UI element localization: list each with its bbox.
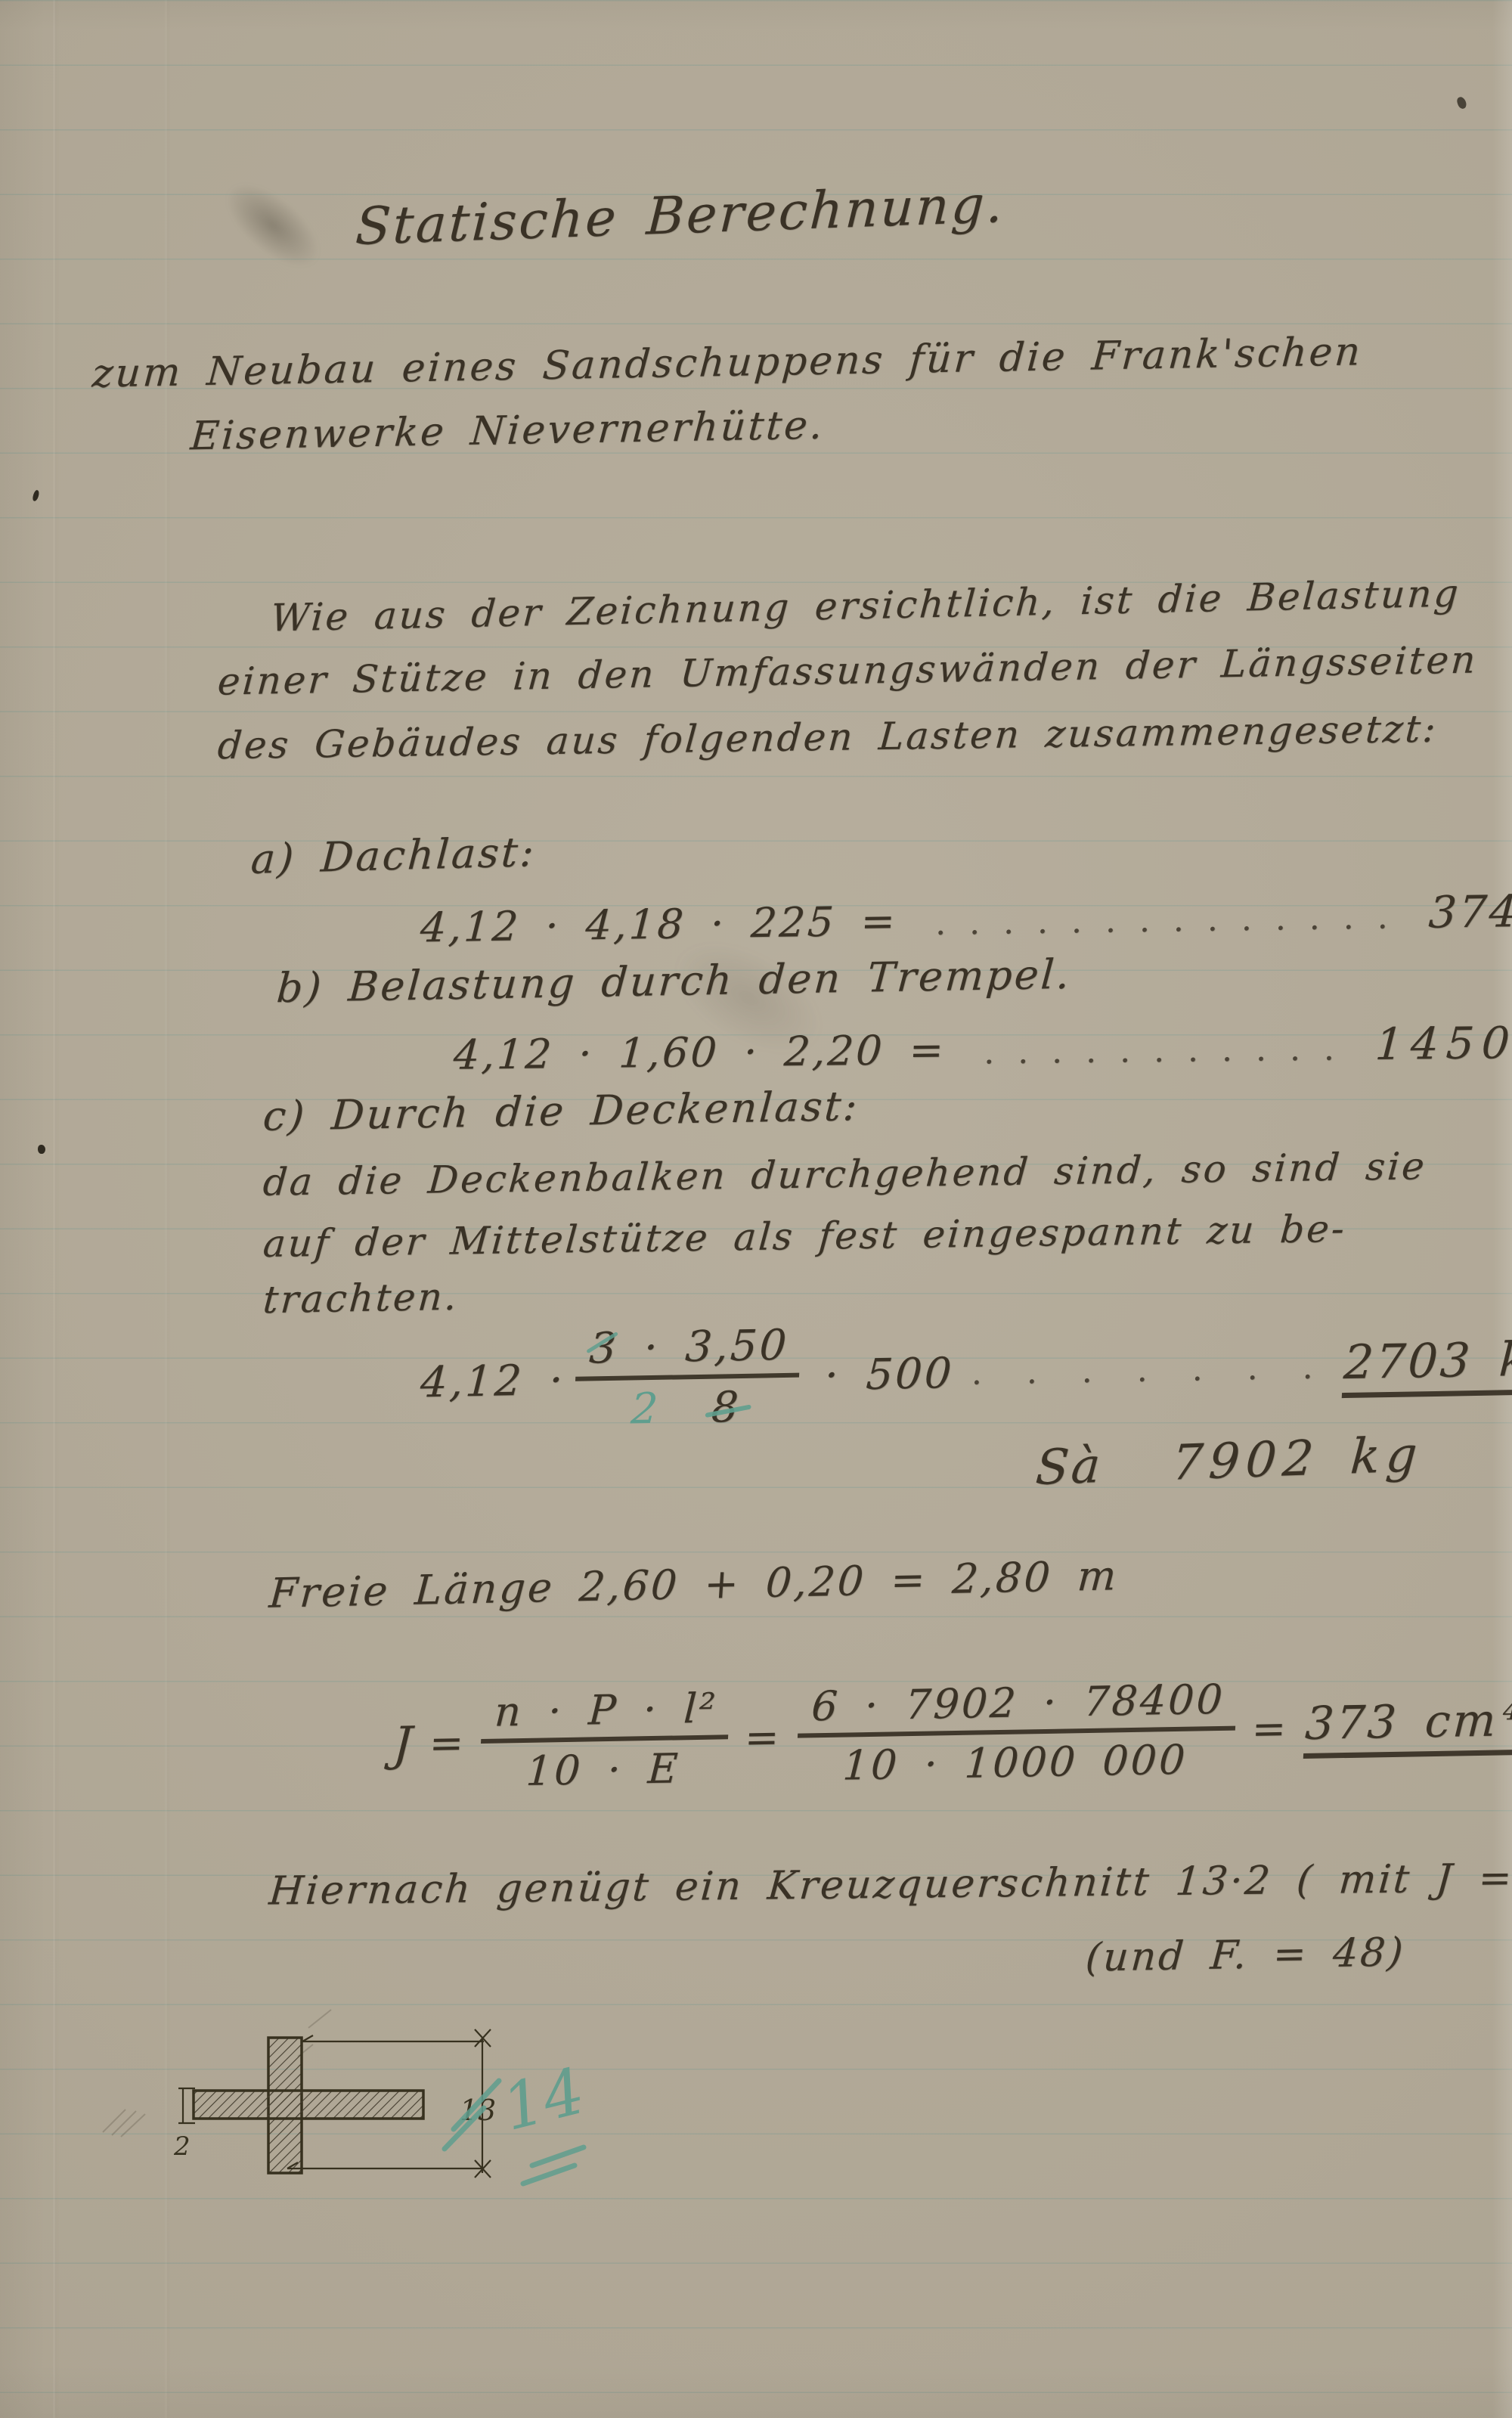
equals-sign: = (428, 1719, 467, 1767)
item-b-result: 1450 „ (1374, 1016, 1512, 1070)
ink-speck (1456, 96, 1468, 110)
free-length-line: Freie Länge 2,60 + 0,20 = 2,80 m (268, 1552, 1120, 1617)
item-a-result: 3749 kg. (1427, 884, 1512, 938)
ink-speck (38, 1145, 45, 1154)
fraction-numerator: 6 · 7902 · 78400 (798, 1675, 1238, 1738)
item-c-factor: 4,12 · (419, 1356, 566, 1407)
ink-speck (32, 489, 40, 501)
denominator-struck: 8 (710, 1383, 742, 1433)
result-exponent: 4 (1502, 1695, 1512, 1725)
item-c-calculation: 4,12 · 3 · 3,50 2 8 · 500 . . . . . . . … (417, 1307, 1512, 1438)
item-b-calculation: 4,12 · 1,60 · 2,20 = . . . . . . . . . .… (452, 1016, 1512, 1080)
intro-line-2: einer Stütze in den Umfassungswänden der… (216, 637, 1479, 703)
item-a-heading: a) Dachlast: (249, 828, 538, 883)
paper-crease (53, 0, 55, 2418)
item-c-fraction: 3 · 3,50 2 8 (573, 1321, 802, 1435)
formula-lhs: J (392, 1716, 416, 1772)
leader-dots: . . . . . . . . . . . (983, 1030, 1337, 1072)
item-c-note-3: trachten. (262, 1275, 460, 1322)
fraction-denominator: 10 · 1000 000 (795, 1731, 1235, 1790)
symbolic-fraction: n · P · l² 10 · E (478, 1684, 730, 1796)
cross-section-shape (194, 2038, 423, 2173)
numeric-fraction: 6 · 7902 · 78400 10 · 1000 000 (795, 1675, 1238, 1790)
result-value: 373 cm (1304, 1694, 1500, 1750)
page-title: Statische Berechnung. (354, 175, 1006, 257)
item-c-note-2: auf der Mittelstütze als fest eingespann… (262, 1207, 1348, 1266)
formula-result: 373 cm4 (1303, 1693, 1512, 1758)
conclusion-line-1: Hiernach genügt ein Kreuzquerschnitt 13·… (268, 1854, 1512, 1914)
fraction-denominator: 10 · E (478, 1739, 728, 1796)
item-a-calculation: 4,12 · 4,18 · 225 = . . . . . . . . . . … (419, 884, 1512, 953)
equals-sign: = (1250, 1704, 1290, 1753)
moment-formula: J = n · P · l² 10 · E = 6 · 7902 · 78400… (390, 1670, 1512, 1797)
conclusion-line-2: (und F. = 48) (1084, 1930, 1407, 1980)
cross-section-sketch: 2 13 14 (82, 1975, 626, 2209)
sketch-dim-height-old: 13 (460, 2094, 496, 2127)
item-c-multiplier: · 500 (823, 1349, 955, 1400)
item-b-expression: 4,12 · 1,60 · 2,20 = (452, 1026, 947, 1079)
item-c-result: 2703 kg. (1342, 1331, 1512, 1399)
item-b-heading: b) Belastung durch den Trempel. (275, 950, 1074, 1012)
leader-dots: . . . . . . . . . . . . . . (934, 897, 1390, 942)
fraction-numerator: 3 · 3,50 (575, 1321, 802, 1381)
sketch-dim-height-new: 14 (495, 2054, 591, 2145)
graphite-smudge (212, 168, 333, 283)
item-c-note-1: da die Deckenbalken durchgehend sind, so… (262, 1144, 1428, 1204)
denominator-correction: 2 (630, 1384, 661, 1434)
intro-line-1: Wie aus der Zeichnung ersichtlich, ist d… (269, 571, 1461, 640)
subtitle-line-1: zum Neubau eines Sandschuppens für die F… (91, 329, 1364, 396)
sum-label: Sà (1034, 1438, 1105, 1496)
intro-line-3: des Gebäudes aus folgenden Lasten zusamm… (216, 707, 1439, 768)
sum-value: 7902 kg (1170, 1427, 1425, 1492)
subtitle-line-2: Eisenwerke Nievernerhütte. (189, 403, 826, 460)
fraction-denominator: 2 8 (573, 1378, 799, 1435)
item-a-expression: 4,12 · 4,18 · 225 = (419, 897, 898, 952)
leader-dots: . . . . . . . (971, 1347, 1326, 1392)
sketch-dim-thickness: 2 (173, 2131, 191, 2162)
fraction-numerator: n · P · l² (481, 1684, 731, 1744)
sum-line: Sà 7902 kg (1034, 1427, 1425, 1496)
manuscript-page: Statische Berechnung. zum Neubau eines S… (0, 0, 1512, 2418)
equals-sign: = (744, 1713, 783, 1762)
item-c-heading: c) Durch die Deckenlast: (262, 1082, 861, 1140)
